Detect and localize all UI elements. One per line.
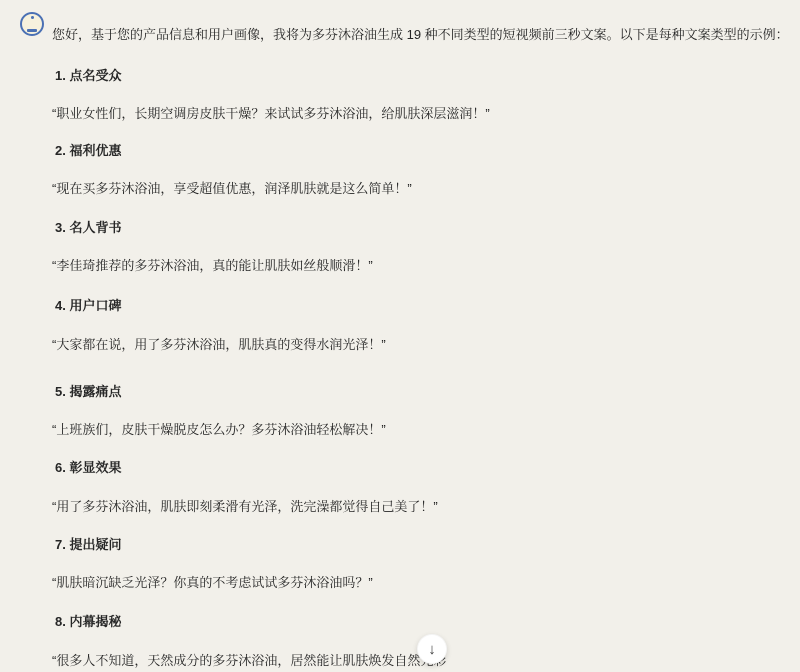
section-heading: 6. 彰显效果 xyxy=(55,461,121,474)
section-heading: 8. 内幕揭秘 xyxy=(55,615,121,628)
section-quote: “很多人不知道，天然成分的多芬沐浴油，居然能让肌肤焕发自然光彩 xyxy=(52,654,446,667)
chat-message-view: 您好，基于您的产品信息和用户画像，我将为多芬沐浴油生成 19 种不同类型的短视频… xyxy=(0,0,800,672)
section-quote: “现在买多芬沐浴油，享受超值优惠，润泽肌肤就是这么简单！” xyxy=(52,182,412,195)
section-quote: “大家都在说，用了多芬沐浴油，肌肤真的变得水润光泽！” xyxy=(52,338,386,351)
section-quote: “李佳琦推荐的多芬沐浴油，真的能让肌肤如丝般顺滑！” xyxy=(52,259,373,272)
section-heading: 1. 点名受众 xyxy=(55,69,121,82)
section-heading: 7. 提出疑问 xyxy=(55,538,121,551)
section-quote: “肌肤暗沉缺乏光泽？你真的不考虑试试多芬沐浴油吗？” xyxy=(52,576,373,589)
section-heading: 5. 揭露痛点 xyxy=(55,385,121,398)
section-quote: “上班族们，皮肤干燥脱皮怎么办？多芬沐浴油轻松解决！” xyxy=(52,423,386,436)
section-heading: 4. 用户口碑 xyxy=(55,299,121,312)
scroll-to-bottom-button[interactable]: ↓ xyxy=(417,634,447,664)
section-quote: “职业女性们，长期空调房皮肤干燥？来试试多芬沐浴油，给肌肤深层滋润！” xyxy=(52,107,490,120)
message-intro-text: 您好，基于您的产品信息和用户画像，我将为多芬沐浴油生成 19 种不同类型的短视频… xyxy=(52,28,789,41)
section-heading: 3. 名人背书 xyxy=(55,221,121,234)
assistant-avatar xyxy=(20,12,44,36)
section-quote: “用了多芬沐浴油，肌肤即刻柔滑有光泽，洗完澡都觉得自己美了！” xyxy=(52,500,438,513)
avatar-logo-detail xyxy=(27,29,37,32)
arrow-down-icon: ↓ xyxy=(428,642,436,657)
section-heading: 2. 福利优惠 xyxy=(55,144,121,157)
avatar-logo-detail xyxy=(31,16,34,19)
